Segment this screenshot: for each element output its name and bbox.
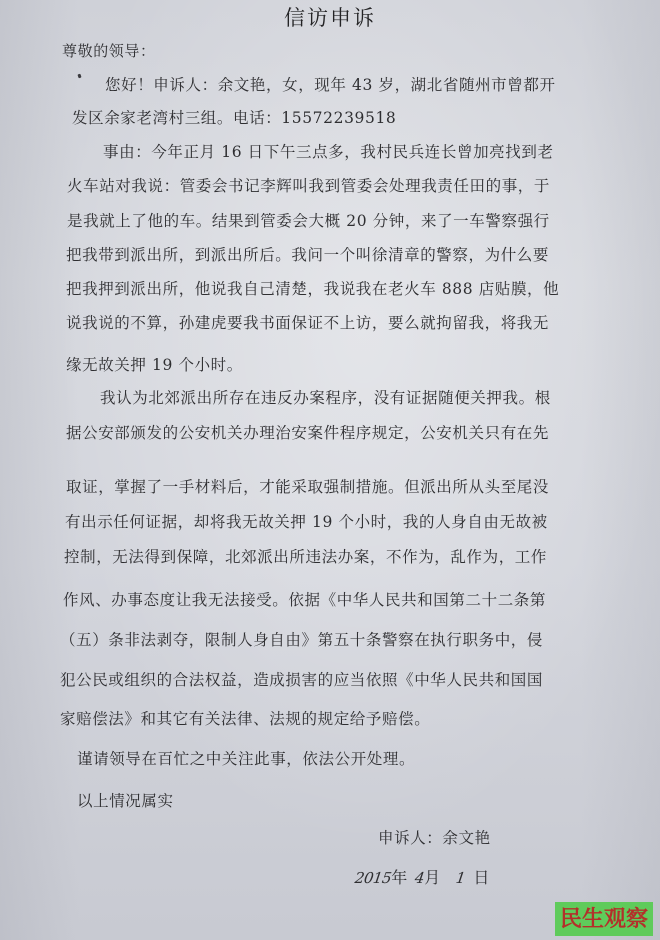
body-line: 缘无故关押 19 个小时。 xyxy=(66,353,243,375)
date-year: 2015 xyxy=(354,869,393,887)
document-title: 信访申诉 xyxy=(0,2,660,32)
body-line: 家赔偿法》和其它有关法律、法规的规定给予赔偿。 xyxy=(60,707,430,729)
body-line: 有出示任何证据，却将我无故关押 19 个小时，我的人身自由无故被 xyxy=(65,510,548,532)
date-month-label: 月 xyxy=(424,868,440,887)
body-line: 把我押到派出所，他说我自己清楚，我说我在老火车 888 店贴膜，他 xyxy=(66,277,559,299)
body-line: 我认为北郊派出所存在违反办案程序，没有证据随便关押我。根 xyxy=(100,386,551,408)
body-line: 是我就上了他的车。结果到管委会大概 20 分钟，来了一车警察强行 xyxy=(67,209,550,231)
salutation: 尊敬的领导： xyxy=(62,40,156,61)
attestation: 以上情况属实 xyxy=(77,789,174,811)
body-line: （五）条非法剥夺，限制人身自由》第五十条警察在执行职务中，侵 xyxy=(60,628,543,650)
date-day: 1 xyxy=(455,869,467,887)
date-day-label: 日 xyxy=(473,868,489,887)
date-year-label: 年 xyxy=(391,868,407,887)
body-line: 据公安部颁发的公安机关办理治安案件程序规定，公安机关只有在先 xyxy=(66,421,549,443)
body-line: 把我带到派出所，到派出所后。我问一个叫徐清章的警察，为什么要 xyxy=(66,243,549,265)
body-line: 作风、办事态度让我无法接受。依据《中华人民共和国第二十二条第 xyxy=(63,588,546,610)
body-line: 控制，无法得到保障，北郊派出所违法办案，不作为，乱作为，工作 xyxy=(64,545,547,567)
body-line: 您好！申诉人：余文艳，女，现年 43 岁，湖北省随州市曾都开 xyxy=(105,73,556,95)
body-line: 说我说的不算，孙建虎要我书面保证不上访，要么就拘留我，将我无 xyxy=(66,311,549,333)
body-line: 发区余家老湾村三组。电话：15572239518 xyxy=(72,106,396,128)
closing-request: 谨请领导在百忙之中关注此事，依法公开处理。 xyxy=(77,747,415,769)
watermark-badge: 民生观察 xyxy=(555,902,653,936)
body-line: 犯公民或组织的合法权益，造成损害的应当依照《中华人民共和国国 xyxy=(60,668,543,690)
body-line: 取证，掌握了一手材料后，才能采取强制措施。但派出所从头至尾没 xyxy=(66,475,549,497)
body-line: 事由：今年正月 16 日下午三点多，我村民兵连长曾加亮找到老 xyxy=(103,140,554,162)
ink-speck xyxy=(77,74,81,79)
body-line: 火车站对我说：管委会书记李辉叫我到管委会处理我责任田的事，于 xyxy=(67,174,550,196)
handwritten-date: 2015年4月1日 xyxy=(355,865,489,888)
signature-line: 申诉人：余文艳 xyxy=(378,826,491,848)
